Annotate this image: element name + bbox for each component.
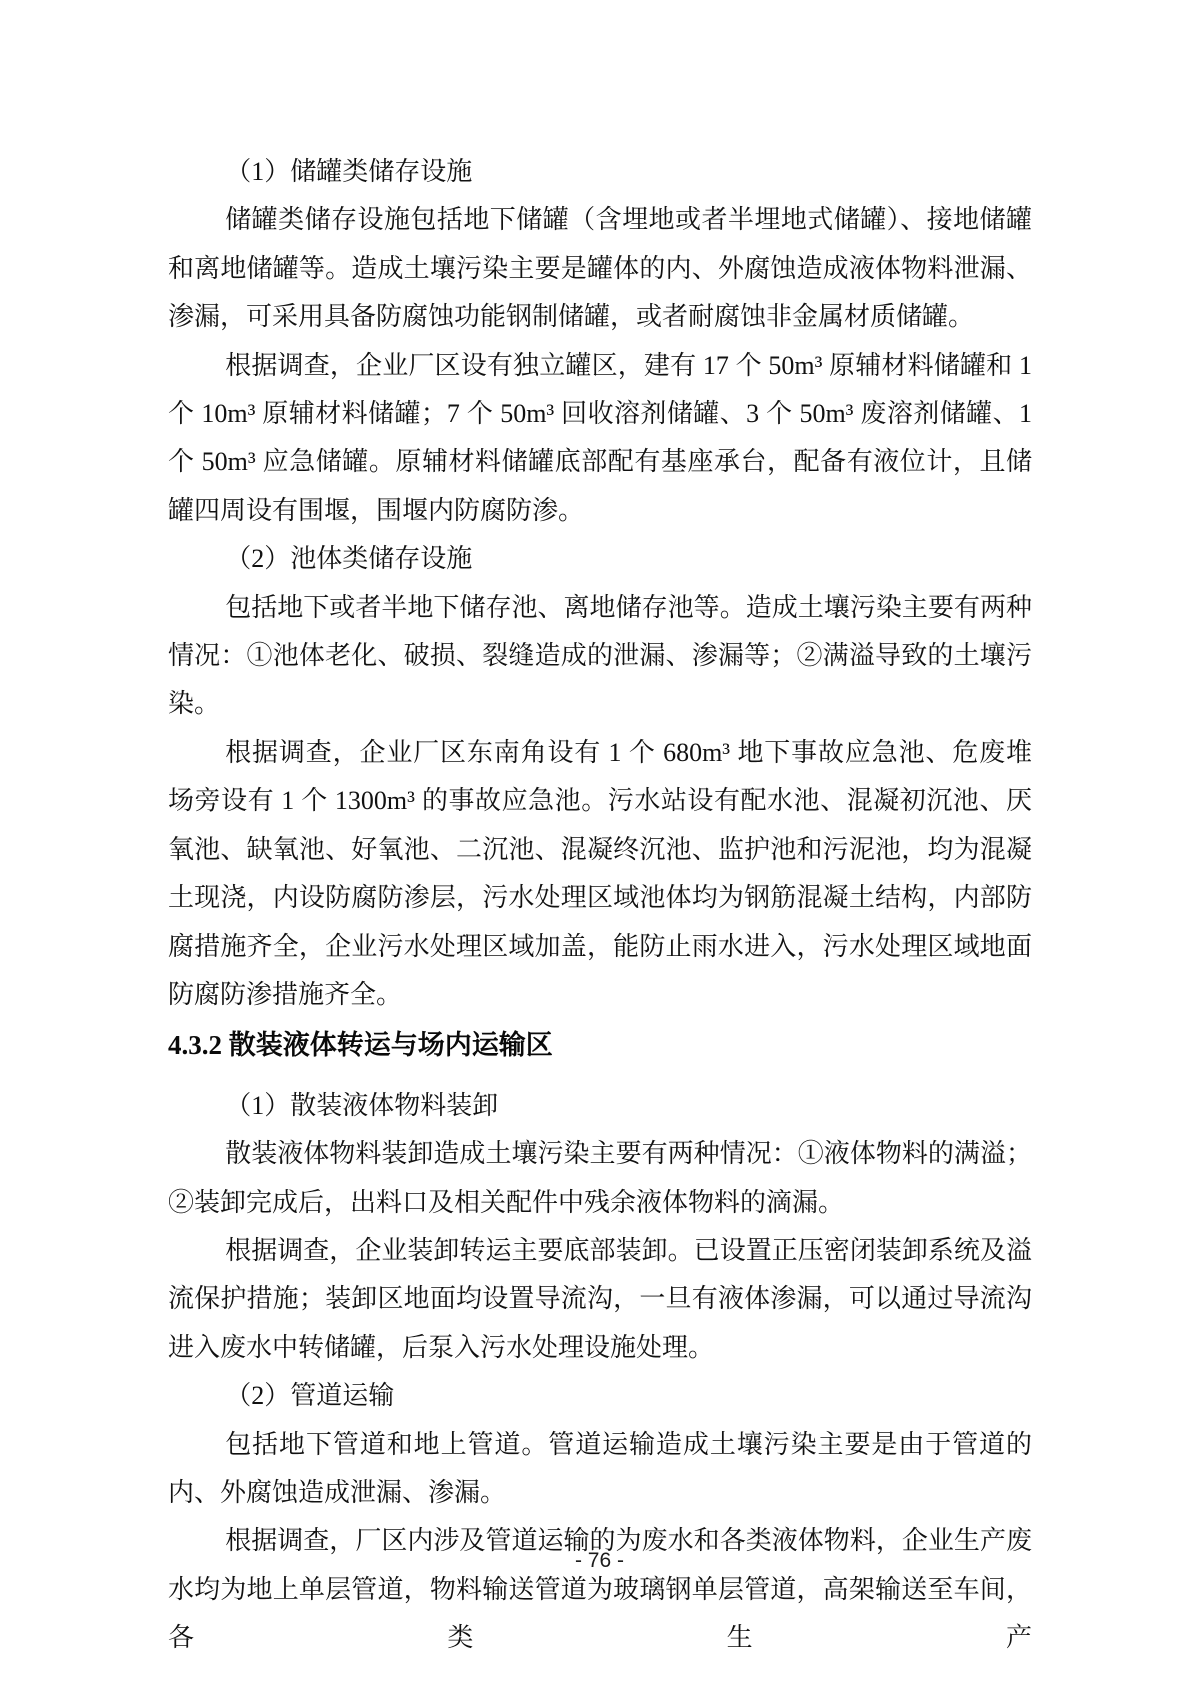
- paragraph-tank-storage-description: 储罐类储存设施包括地下储罐（含埋地或者半埋地式储罐）、接地储罐和离地储罐等。造成…: [168, 196, 1032, 341]
- section-heading-4-3-2: 4.3.2 散装液体转运与场内运输区: [168, 1021, 1032, 1069]
- document-page: （1）储罐类储存设施 储罐类储存设施包括地下储罐（含埋地或者半埋地式储罐）、接地…: [0, 0, 1199, 1696]
- paragraph-loading-pollution-cases: 散装液体物料装卸造成土壤污染主要有两种情况：①液体物料的满溢；②装卸完成后，出料…: [168, 1130, 1032, 1227]
- paragraph-pipeline-description: 包括地下管道和地上管道。管道运输造成土壤污染主要是由于管道的内、外腐蚀造成泄漏、…: [168, 1421, 1032, 1518]
- paragraph-pipeline-survey-findings: 根据调查，厂区内涉及管道运输的为废水和各类液体物料，企业生产废水均为地上单层管道…: [168, 1517, 1032, 1662]
- document-body: （1）储罐类储存设施 储罐类储存设施包括地下储罐（含埋地或者半埋地式储罐）、接地…: [168, 148, 1032, 1663]
- paragraph-loading-survey-findings: 根据调查，企业装卸转运主要底部装卸。已设置正压密闭装卸系统及溢流保护措施；装卸区…: [168, 1227, 1032, 1372]
- paragraph-tank-survey-findings: 根据调查，企业厂区设有独立罐区，建有 17 个 50m³ 原辅材料储罐和 1 个…: [168, 342, 1032, 536]
- list-label-pipeline-transport: （2）管道运输: [168, 1372, 1032, 1420]
- list-label-tank-storage-facilities: （1）储罐类储存设施: [168, 148, 1032, 196]
- paragraph-pool-survey-findings: 根据调查，企业厂区东南角设有 1 个 680m³ 地下事故应急池、危废堆场旁设有…: [168, 729, 1032, 1019]
- list-label-pool-storage-facilities: （2）池体类储存设施: [168, 535, 1032, 583]
- paragraph-pool-storage-description: 包括地下或者半地下储存池、离地储存池等。造成土壤污染主要有两种情况：①池体老化、…: [168, 584, 1032, 729]
- list-label-bulk-liquid-loading: （1）散装液体物料装卸: [168, 1082, 1032, 1130]
- page-number: - 76 -: [0, 1549, 1199, 1573]
